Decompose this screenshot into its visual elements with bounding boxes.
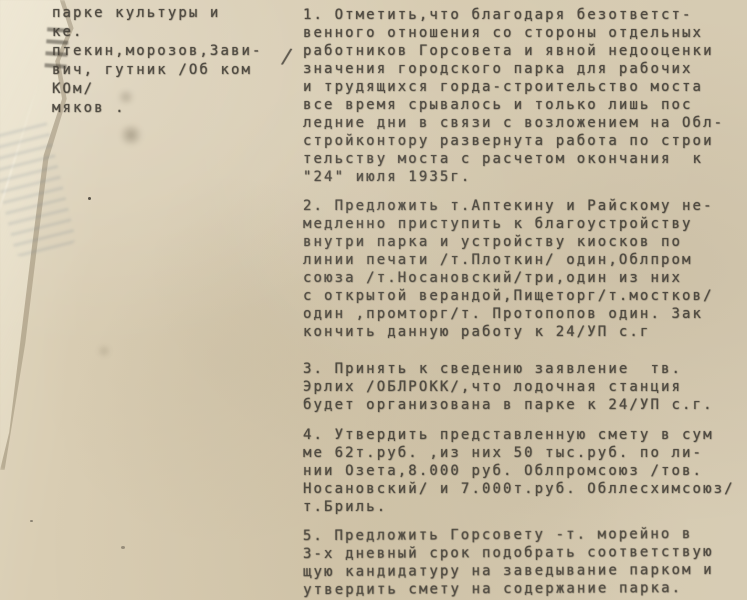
faint-ink-stamp <box>0 116 77 257</box>
paper-smudge <box>96 345 112 357</box>
ink-speck <box>88 197 91 200</box>
paper-smudge <box>118 125 144 145</box>
margin-slash-mark: / <box>280 43 294 68</box>
scanned-document-page: парке культуры и ке. птекин,морозов,Зави… <box>0 0 747 600</box>
paragraph-3: 3. Принять к сведению заявление тв. Эрли… <box>303 360 739 414</box>
paragraph-2: 2. Предложить т.Аптекину и Райскому не- … <box>303 197 739 341</box>
paragraph-1: 1. Отметить,что благодаря безответст- ве… <box>303 6 739 186</box>
ink-speck <box>30 520 33 522</box>
ink-speck <box>121 546 125 549</box>
left-column-note: парке культуры и ке. птекин,морозов,Зави… <box>52 4 292 118</box>
paragraph-5: 5. Предложить Горсовету -т. морейно в 3-… <box>303 525 739 599</box>
paragraph-4: 4. Утвердить представленную смету в сум … <box>303 426 739 516</box>
